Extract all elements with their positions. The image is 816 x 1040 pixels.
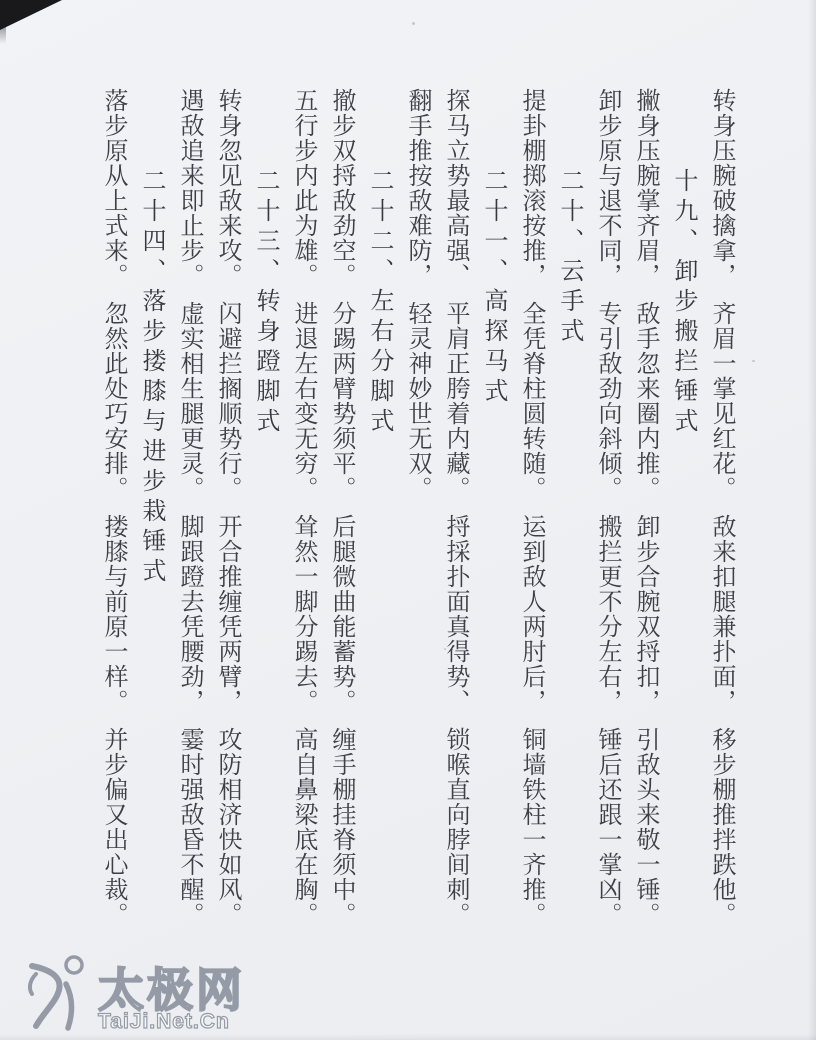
verse-line: 缠手棚挂脊须中。	[328, 727, 354, 927]
watermark-url-label: TaiJi.Net.Cn	[98, 1011, 230, 1032]
verse-line: 脚跟蹬去凭腰劲，	[176, 514, 202, 714]
verse-line: 攻防相济快如风。	[214, 727, 240, 927]
verse-line: 运到敌人两肘后，	[518, 514, 544, 714]
verse-line: 闪避拦搁顺势行。	[214, 301, 240, 501]
verse-line: 五行步内此为雄。	[290, 88, 316, 288]
section-heading-23: 二十三、转身蹬脚式	[250, 88, 280, 976]
verse-col-3: 卸步原与退不同，专引敌劲向斜倾。搬拦更不分左右，锤后还跟一掌凶。	[592, 88, 622, 976]
verse-line: 平肩正胯着内藏。	[442, 301, 468, 501]
heading-text: 十九、卸步搬拦锤式	[670, 168, 696, 438]
verse-line: 探马立势最高强、	[442, 88, 468, 288]
verse-line: 卸步原与退不同，	[594, 88, 620, 288]
vertical-text-columns: 转身压腕破擒拿，齐眉一掌见红花。敌来扣腿兼扑面，移步棚推拌跌他。十九、卸步搬拦锤…	[98, 88, 736, 976]
verse-line: 后腿微曲能蓄势。	[328, 514, 354, 714]
scan-corner-artifact	[0, 0, 62, 30]
verse-line: 敌来扣腿兼扑面，	[708, 514, 734, 714]
verse-col-9: 转身忽见敌来攻。闪避拦搁顺势行。开合推缠凭两臂，攻防相济快如风。	[212, 88, 242, 976]
verse-col-2: 撇身压腕掌齐眉，敌手忽来圈内推。卸步合腕双捋扣，引敌头来敬一锤。	[630, 88, 660, 976]
watermark-chinese-label: 太极网	[98, 967, 245, 1013]
verse-col-5: 探马立势最高强、平肩正胯着内藏。捋採扑面真得势、锁喉直向脖间刺。	[440, 88, 470, 976]
section-heading-21: 二十一、高探马式	[478, 88, 508, 976]
verse-line: 虚实相生腿更灵。	[176, 301, 202, 501]
scan-shadow-bottom	[0, 1034, 816, 1040]
verse-line: 轻灵神妙世无双。	[404, 301, 430, 501]
verse-line: 转身忽见敌来攻。	[214, 88, 240, 288]
heading-text: 二十、云手式	[556, 168, 582, 348]
heading-text: 二十四、落步搂膝与进步栽锤式	[138, 168, 164, 588]
scan-shadow-right	[808, 0, 816, 1040]
scan-speck	[752, 360, 755, 362]
verse-line: 引敌头来敬一锤。	[632, 727, 658, 927]
verse-line: 全凭脊柱圆转随。	[518, 301, 544, 501]
verse-line: 搬拦更不分左右，	[594, 514, 620, 714]
verse-col-11: 落步原从上式来。忽然此处巧安排。搂膝与前原一样。并步偏又出心裁。	[98, 88, 128, 976]
verse-line: 锁喉直向脖间刺。	[442, 727, 468, 927]
taiji-watermark-text: 太极网 TaiJi.Net.Cn	[98, 967, 245, 1032]
verse-line: 霎时强敌昏不醒。	[176, 727, 202, 927]
verse-line: 翻手推按敌难防，	[404, 88, 430, 288]
verse-line: 忽然此处巧安排。	[100, 301, 126, 501]
verse-col-7: 撤步双捋敌劲空。分踢两臂势须平。后腿微曲能蓄势。缠手棚挂脊须中。	[326, 88, 356, 976]
verse-line: 锤后还跟一掌凶。	[594, 727, 620, 927]
section-heading-19: 十九、卸步搬拦锤式	[668, 88, 698, 976]
verse-col-1: 转身压腕破擒拿，齐眉一掌见红花。敌来扣腿兼扑面，移步棚推拌跌他。	[706, 88, 736, 976]
taiji-watermark: 太极网 TaiJi.Net.Cn	[26, 954, 245, 1032]
section-heading-20: 二十、云手式	[554, 88, 584, 976]
scan-speck	[412, 22, 415, 25]
verse-line: 高自鼻梁底在胸。	[290, 727, 316, 927]
verse-line: 撤步双捋敌劲空。	[328, 88, 354, 288]
section-heading-22: 二十二、左右分脚式	[364, 88, 394, 976]
verse-line: 撇身压腕掌齐眉，	[632, 88, 658, 288]
verse-line: 遇敌追来即止步。	[176, 88, 202, 288]
verse-line: 专引敌劲向斜倾。	[594, 301, 620, 501]
verse-line: 提卦棚掷滚按推，	[518, 88, 544, 288]
scan-edge-artifact	[0, 0, 6, 44]
verse-line: 转身压腕破擒拿，	[708, 88, 734, 288]
verse-line: 搂膝与前原一样。	[100, 514, 126, 714]
verse-col-4: 提卦棚掷滚按推，全凭脊柱圆转随。运到敌人两肘后，铜墙铁柱一齐推。	[516, 88, 546, 976]
verse-line: 开合推缠凭两臂，	[214, 514, 240, 714]
verse-line: 铜墙铁柱一齐推。	[518, 727, 544, 927]
taiji-figure-icon	[26, 954, 96, 1032]
verse-col-8: 五行步内此为雄。进退左右变无穷。耸然一脚分踢去。高自鼻梁底在胸。	[288, 88, 318, 976]
scanned-page: 转身压腕破擒拿，齐眉一掌见红花。敌来扣腿兼扑面，移步棚推拌跌他。十九、卸步搬拦锤…	[0, 0, 816, 1040]
verse-col-6: 翻手推按敌难防，轻灵神妙世无双。	[402, 88, 432, 976]
verse-col-10: 遇敌追来即止步。虚实相生腿更灵。脚跟蹬去凭腰劲，霎时强敌昏不醒。	[174, 88, 204, 976]
verse-line: 卸步合腕双捋扣，	[632, 514, 658, 714]
verse-line: 捋採扑面真得势、	[442, 514, 468, 714]
heading-text: 二十一、高探马式	[480, 168, 506, 408]
verse-line: 敌手忽来圈内推。	[632, 301, 658, 501]
verse-line: 耸然一脚分踢去。	[290, 514, 316, 714]
heading-text: 二十二、左右分脚式	[366, 168, 392, 438]
heading-text: 二十三、转身蹬脚式	[252, 168, 278, 438]
verse-line: 齐眉一掌见红花。	[708, 301, 734, 501]
verse-line: 落步原从上式来。	[100, 88, 126, 288]
verse-line: 并步偏又出心裁。	[100, 727, 126, 927]
verse-line: 移步棚推拌跌他。	[708, 727, 734, 927]
verse-line: 分踢两臂势须平。	[328, 301, 354, 501]
verse-line: 进退左右变无穷。	[290, 301, 316, 501]
section-heading-24: 二十四、落步搂膝与进步栽锤式	[136, 88, 166, 976]
